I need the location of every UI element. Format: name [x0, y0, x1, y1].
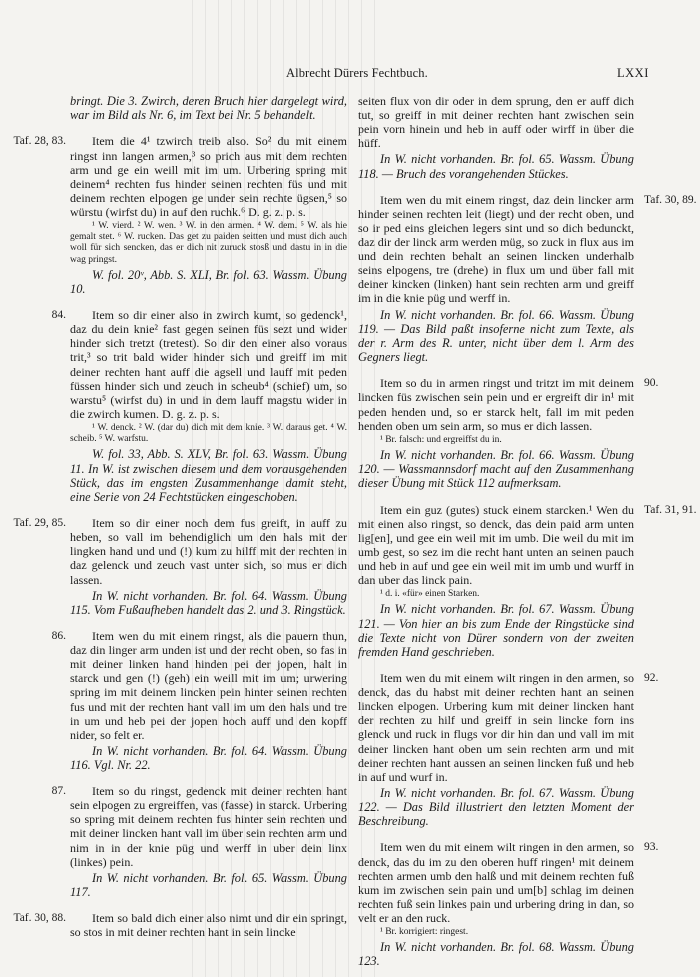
item-text: Item so dir einer also in zwirch kumt, s… [70, 308, 347, 421]
margin-label: Taf. 29, 85. [0, 516, 66, 530]
margin-label: Taf. 30, 89. [644, 193, 700, 207]
item-text: Item wen du mit einem ringst, als die pa… [70, 629, 347, 742]
item-text: Item wen du mit einem ringst, daz dein l… [358, 193, 634, 306]
editorial-note: In W. nicht vorhanden. Br. fol. 65. Wass… [70, 871, 347, 899]
editorial-note: W. fol. 33, Abb. S. XLV, Br. fol. 63. Wa… [70, 447, 347, 504]
item-83: Taf. 28, 83. Item die 4¹ tzwirch treib a… [70, 134, 347, 296]
margin-label: 86. [0, 629, 66, 643]
item-84: 84. Item so dir einer also in zwirch kum… [70, 308, 347, 504]
margin-label: Taf. 31, 91. [644, 503, 700, 517]
item-text: Item wen du mit einem wilt ringen in den… [358, 671, 634, 784]
running-title: Albrecht Dürers Fechtbuch. [286, 66, 428, 81]
editorial-note: W. fol. 20ᵛ, Abb. S. XLI, Br. fol. 63. W… [70, 268, 347, 296]
continuation-note: In W. nicht vorhanden. Br. fol. 65. Wass… [358, 152, 634, 180]
item-90: 90. Item so du in armen ringst und tritz… [358, 376, 634, 490]
item-93: 93. Item wen du mit einem wilt ringen in… [358, 840, 634, 968]
footnote: ¹ Br. korrigiert: ringest. [358, 927, 634, 938]
right-column: seiten flux von dir oder in dem sprung, … [358, 94, 634, 969]
item-text: Item die 4¹ tzwirch treib also. So² du m… [70, 134, 347, 219]
editorial-note: In W. nicht vorhanden. Br. fol. 64. Wass… [70, 589, 347, 617]
editorial-note: In W. nicht vorhanden. Br. fol. 67. Wass… [358, 602, 634, 659]
item-text: Item ein guz (gutes) stuck einem starcke… [358, 503, 634, 588]
intro-note: bringt. Die 3. Zwirch, deren Bruch hier … [70, 94, 347, 122]
editorial-note: In W. nicht vorhanden. Br. fol. 64. Wass… [70, 744, 347, 772]
item-85: Taf. 29, 85. Item so dir einer noch dem … [70, 516, 347, 617]
editorial-note: In W. nicht vorhanden. Br. fol. 68. Wass… [358, 940, 634, 968]
margin-label: Taf. 30, 88. [0, 911, 66, 925]
margin-label: 90. [644, 376, 700, 390]
margin-label: 84. [0, 308, 66, 322]
footnote: ¹ W. denck. ² W. (dar du) dich mit dem k… [70, 423, 347, 445]
item-text: Item so bald dich einer also nimt und di… [70, 911, 347, 939]
footnote: ¹ Br. falsch: und ergreiffst du in. [358, 435, 634, 446]
item-87: 87. Item so du ringst, gedenck mit deine… [70, 784, 347, 899]
margin-label: 92. [644, 671, 700, 685]
editorial-note: In W. nicht vorhanden. Br. fol. 66. Wass… [358, 448, 634, 491]
footnote: ¹ d. i. «für» einen Starken. [358, 589, 634, 600]
footnote: ¹ W. vierd. ² W. wen. ³ W. in den armen.… [70, 221, 347, 266]
item-86: 86. Item wen du mit einem ringst, als di… [70, 629, 347, 772]
item-91: Taf. 31, 91. Item ein guz (gutes) stuck … [358, 503, 634, 660]
item-92: 92. Item wen du mit einem wilt ringen in… [358, 671, 634, 828]
margin-label: 87. [0, 784, 66, 798]
item-88: Taf. 30, 88. Item so bald dich einer als… [70, 911, 347, 939]
margin-label: 93. [644, 840, 700, 854]
running-header: Albrecht Dürers Fechtbuch. LXXI [0, 66, 700, 82]
editorial-note: In W. nicht vorhanden. Br. fol. 67. Wass… [358, 786, 634, 829]
item-89: Taf. 30, 89. Item wen du mit einem rings… [358, 193, 634, 365]
page-number: LXXI [617, 66, 649, 81]
left-column: bringt. Die 3. Zwirch, deren Bruch hier … [70, 94, 347, 939]
margin-label: Taf. 28, 83. [0, 134, 66, 148]
item-text: Item wen du mit einem wilt ringen in den… [358, 840, 634, 925]
item-text: Item so dir einer noch dem fus greift, i… [70, 516, 347, 586]
item-text: Item so du ringst, gedenck mit deiner re… [70, 784, 347, 869]
continuation-text: seiten flux von dir oder in dem sprung, … [358, 94, 634, 150]
item-text: Item so du in armen ringst und tritzt im… [358, 376, 634, 432]
editorial-note: In W. nicht vorhanden. Br. fol. 66. Wass… [358, 308, 634, 365]
